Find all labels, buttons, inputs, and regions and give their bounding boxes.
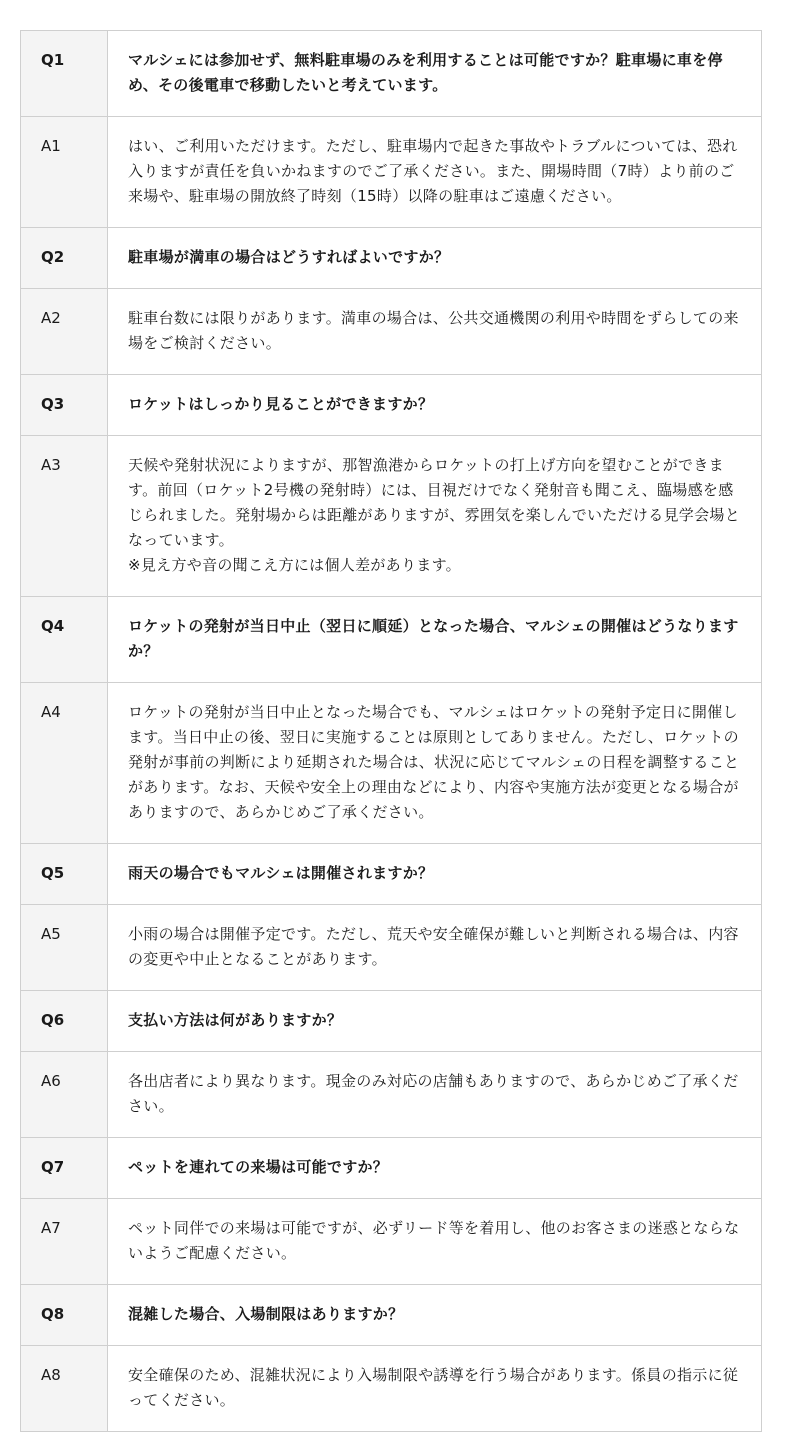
question-label: Q3 — [21, 375, 108, 436]
question-label: Q5 — [21, 844, 108, 905]
question-label: Q4 — [21, 597, 108, 683]
faq-answer-row: A1 はい、ご利用いただけます。ただし、駐車場内で起きた事故やトラブルについては… — [21, 117, 762, 228]
answer-text: はい、ご利用いただけます。ただし、駐車場内で起きた事故やトラブルについては、恐れ… — [108, 117, 762, 228]
faq-question-row: Q5 雨天の場合でもマルシェは開催されますか？ — [21, 844, 762, 905]
faq-question-row: Q1 マルシェには参加せず、無料駐車場のみを利用することは可能ですか？駐車場に車… — [21, 31, 762, 117]
question-text: ロケットの発射が当日中止（翌日に順延）となった場合、マルシェの開催はどうなります… — [108, 597, 762, 683]
faq-question-row: Q6 支払い方法は何がありますか？ — [21, 991, 762, 1052]
faq-answer-row: A4 ロケットの発射が当日中止となった場合でも、マルシェはロケットの発射予定日に… — [21, 683, 762, 844]
question-label: Q1 — [21, 31, 108, 117]
answer-text: ペット同伴での来場は可能ですが、必ずリード等を着用し、他のお客さまの迷惑とならな… — [108, 1199, 762, 1285]
question-text: 雨天の場合でもマルシェは開催されますか？ — [108, 844, 762, 905]
answer-label: A6 — [21, 1052, 108, 1138]
faq-answer-row: A5 小雨の場合は開催予定です。ただし、荒天や安全確保が難しいと判断される場合は… — [21, 905, 762, 991]
answer-label: A7 — [21, 1199, 108, 1285]
question-text: ロケットはしっかり見ることができますか？ — [108, 375, 762, 436]
faq-question-row: Q7 ペットを連れての来場は可能ですか？ — [21, 1138, 762, 1199]
answer-label: A5 — [21, 905, 108, 991]
question-text: 混雑した場合、入場制限はありますか？ — [108, 1285, 762, 1346]
faq-question-row: Q2 駐車場が満車の場合はどうすればよいですか？ — [21, 228, 762, 289]
faq-question-row: Q3 ロケットはしっかり見ることができますか？ — [21, 375, 762, 436]
answer-text: ロケットの発射が当日中止となった場合でも、マルシェはロケットの発射予定日に開催し… — [108, 683, 762, 844]
question-text: 支払い方法は何がありますか？ — [108, 991, 762, 1052]
answer-label: A8 — [21, 1346, 108, 1432]
answer-label: A4 — [21, 683, 108, 844]
answer-text: 安全確保のため、混雑状況により入場制限や誘導を行う場合があります。係員の指示に従… — [108, 1346, 762, 1432]
answer-text: 駐車台数には限りがあります。満車の場合は、公共交通機関の利用や時間をずらしての来… — [108, 289, 762, 375]
answer-cell: 天候や発射状況によりますが、那智漁港からロケットの打上げ方向を望むことができます… — [108, 436, 762, 597]
answer-label: A2 — [21, 289, 108, 375]
faq-answer-row: A6 各出店者により異なります。現金のみ対応の店舗もありますので、あらかじめご了… — [21, 1052, 762, 1138]
faq-answer-row: A3 天候や発射状況によりますが、那智漁港からロケットの打上げ方向を望むことがで… — [21, 436, 762, 597]
answer-text: 天候や発射状況によりますが、那智漁港からロケットの打上げ方向を望むことができます… — [128, 453, 741, 553]
question-text: 駐車場が満車の場合はどうすればよいですか？ — [108, 228, 762, 289]
faq-answer-row: A7 ペット同伴での来場は可能ですが、必ずリード等を着用し、他のお客さまの迷惑と… — [21, 1199, 762, 1285]
faq-question-row: Q8 混雑した場合、入場制限はありますか？ — [21, 1285, 762, 1346]
answer-text: 各出店者により異なります。現金のみ対応の店舗もありますので、あらかじめご了承くだ… — [108, 1052, 762, 1138]
question-label: Q6 — [21, 991, 108, 1052]
answer-label: A1 — [21, 117, 108, 228]
answer-note: ※見え方や音の聞こえ方には個人差があります。 — [128, 553, 741, 578]
question-text: ペットを連れての来場は可能ですか？ — [108, 1138, 762, 1199]
question-label: Q2 — [21, 228, 108, 289]
question-label: Q8 — [21, 1285, 108, 1346]
question-text: マルシェには参加せず、無料駐車場のみを利用することは可能ですか？駐車場に車を停め… — [108, 31, 762, 117]
answer-label: A3 — [21, 436, 108, 597]
faq-answer-row: A2 駐車台数には限りがあります。満車の場合は、公共交通機関の利用や時間をずらし… — [21, 289, 762, 375]
faq-table: Q1 マルシェには参加せず、無料駐車場のみを利用することは可能ですか？駐車場に車… — [20, 30, 762, 1432]
faq-answer-row: A8 安全確保のため、混雑状況により入場制限や誘導を行う場合があります。係員の指… — [21, 1346, 762, 1432]
answer-text: 小雨の場合は開催予定です。ただし、荒天や安全確保が難しいと判断される場合は、内容… — [108, 905, 762, 991]
faq-question-row: Q4 ロケットの発射が当日中止（翌日に順延）となった場合、マルシェの開催はどうな… — [21, 597, 762, 683]
question-label: Q7 — [21, 1138, 108, 1199]
